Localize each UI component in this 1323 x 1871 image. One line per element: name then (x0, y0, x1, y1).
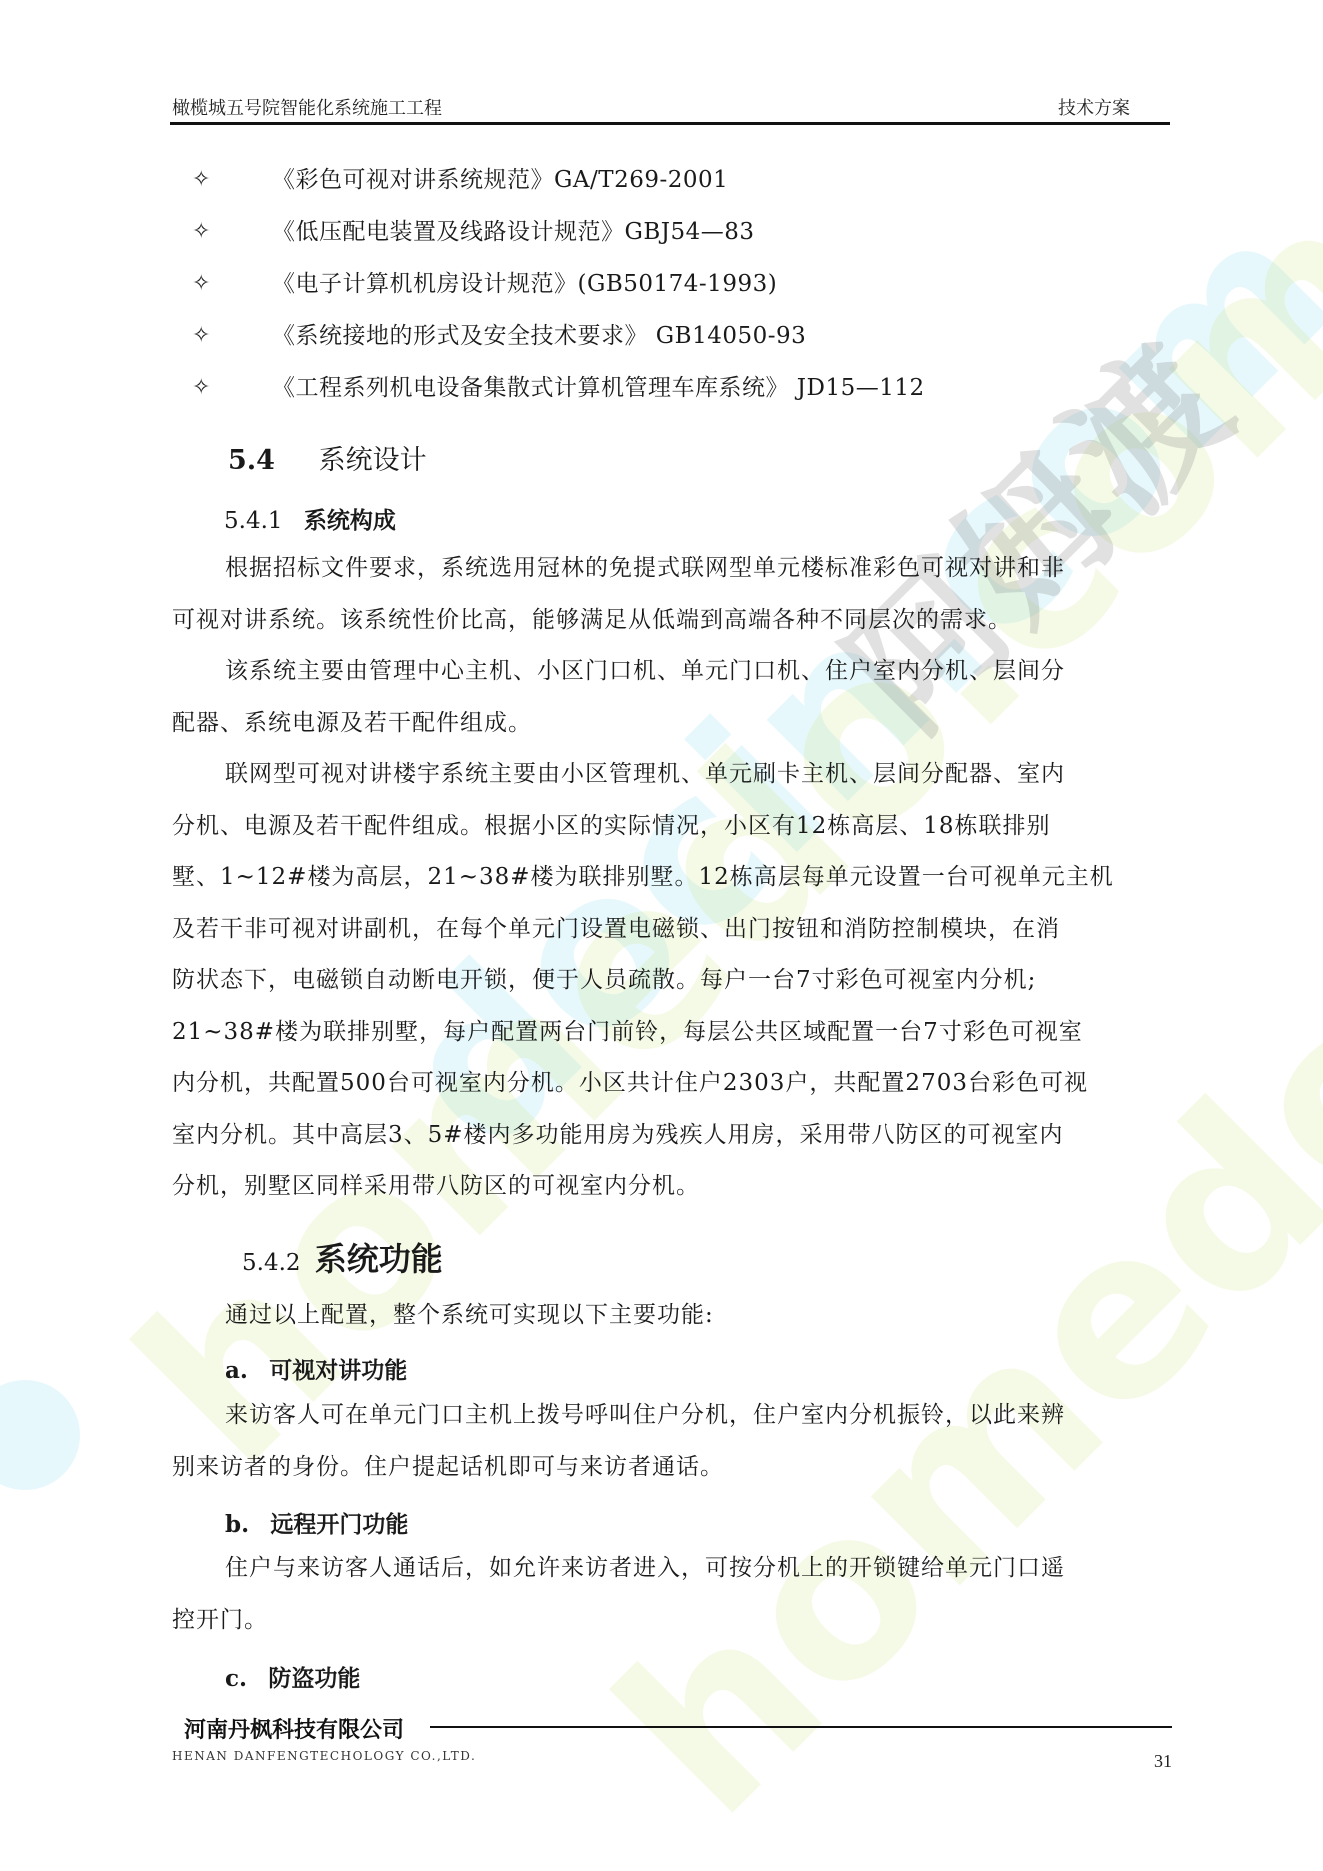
reference-item: ✧ 《彩色可视对讲系统规范》GA/T269-2001 (172, 155, 1172, 207)
diamond-bullet-icon: ✧ (192, 259, 210, 309)
function-title: 可视对讲功能 (269, 1358, 407, 1384)
diamond-bullet-icon: ✧ (192, 155, 210, 205)
paragraph-line: 控开门。 (172, 1595, 1166, 1647)
function-title: 远程开门功能 (270, 1512, 408, 1538)
page-number: 31 (1154, 1751, 1172, 1772)
reference-text: 《低压配电装置及线路设计规范》GBJ54—83 (272, 207, 755, 257)
company-name-english: HENAN DANFENGTECHOLOGY CO.,LTD. (172, 1749, 476, 1763)
function-letter: c. (225, 1665, 247, 1692)
function-title: 防盗功能 (268, 1666, 360, 1692)
function-heading-c: c. 防盗功能 (225, 1660, 360, 1693)
page-content: ✧ 《彩色可视对讲系统规范》GA/T269-2001 ✧ 《低压配电装置及线路设… (172, 155, 1172, 415)
paragraph-line: 墅、1~12#楼为高层，21~38#楼为联排别墅。12栋高层每单元设置一台可视单… (172, 852, 1166, 904)
paragraph: 根据招标文件要求，系统选用冠林的免提式联网型单元楼标准彩色可视对讲和非 可视对讲… (172, 543, 1166, 646)
footer-divider (430, 1726, 1172, 1728)
paragraph-line: 防状态下，电磁锁自动断电开锁，便于人员疏散。每户一台7寸彩色可视室内分机; (172, 955, 1166, 1007)
subsection-title: 系统构成 (304, 508, 396, 534)
reference-text: 《电子计算机机房设计规范》(GB50174-1993) (272, 259, 777, 309)
page-footer: 河南丹枫科技有限公司 HENAN DANFENGTECHOLOGY CO.,LT… (172, 1713, 1172, 1783)
reference-item: ✧ 《低压配电装置及线路设计规范》GBJ54—83 (172, 207, 1172, 259)
paragraph: 该系统主要由管理中心主机、小区门口机、单元门口机、住户室内分机、层间分 配器、系… (172, 646, 1166, 749)
diamond-bullet-icon: ✧ (192, 311, 210, 361)
paragraph-line: 该系统主要由管理中心主机、小区门口机、单元门口机、住户室内分机、层间分 (225, 658, 1065, 684)
intro-paragraph: 通过以上配置，整个系统可实现以下主要功能: (172, 1290, 1166, 1342)
section-heading: 5.4 系统设计 (228, 438, 427, 477)
function-letter: b. (225, 1511, 249, 1538)
function-letter: a. (225, 1357, 248, 1384)
paragraph-line: 可视对讲系统。该系统性价比高，能够满足从低端到高端各种不同层次的需求。 (172, 595, 1166, 647)
subsection-number: 5.4.1 (224, 508, 283, 534)
header-divider (170, 122, 1170, 125)
company-name: 河南丹枫科技有限公司 (184, 1713, 404, 1744)
paragraph: 来访客人可在单元门口主机上拨号呼叫住户分机，住户室内分机振铃，以此来辨 别来访者… (172, 1390, 1166, 1493)
paragraph-line: 别来访者的身份。住户提起话机即可与来访者通话。 (172, 1442, 1166, 1494)
reference-text: 《工程系列机电设备集散式计算机管理车库系统》 JD15—112 (272, 363, 925, 413)
paragraph: 联网型可视对讲楼宇系统主要由小区管理机、单元刷卡主机、层间分配器、室内 分机、电… (172, 749, 1166, 1213)
paragraph-line: 及若干非可视对讲副机，在每个单元门设置电磁锁、出门按钮和消防控制模块，在消 (172, 904, 1166, 956)
reference-text: 《彩色可视对讲系统规范》GA/T269-2001 (272, 155, 728, 205)
paragraph-line: 联网型可视对讲楼宇系统主要由小区管理机、单元刷卡主机、层间分配器、室内 (225, 761, 1065, 787)
function-heading-b: b. 远程开门功能 (225, 1506, 408, 1539)
paragraph-line: 通过以上配置，整个系统可实现以下主要功能: (225, 1302, 714, 1328)
reference-item: ✧ 《工程系列机电设备集散式计算机管理车库系统》 JD15—112 (172, 363, 1172, 415)
paragraph-line: 住户与来访客人通话后，如允许来访者进入，可按分机上的开锁键给单元门口遥 (225, 1555, 1065, 1581)
function-heading-a: a. 可视对讲功能 (225, 1352, 407, 1385)
document-type-label: 技术方案 (1058, 94, 1130, 120)
section-title: 系统设计 (319, 445, 427, 476)
subsection-title: 系统功能 (315, 1240, 443, 1278)
section-number: 5.4 (228, 445, 310, 476)
paragraph-line: 分机，别墅区同样采用带八防区的可视室内分机。 (172, 1161, 1166, 1213)
paragraph-line: 分机、电源及若干配件组成。根据小区的实际情况，小区有12栋高层、18栋联排别 (172, 801, 1166, 853)
paragraph-line: 室内分机。其中高层3、5#楼内多功能用房为残疾人用房，采用带八防区的可视室内 (172, 1110, 1166, 1162)
paragraph-line: 21~38#楼为联排别墅，每户配置两台门前铃，每层公共区域配置一台7寸彩色可视室 (172, 1007, 1166, 1059)
reference-list: ✧ 《彩色可视对讲系统规范》GA/T269-2001 ✧ 《低压配电装置及线路设… (172, 155, 1172, 415)
reference-text: 《系统接地的形式及安全技术要求》 GB14050-93 (272, 311, 806, 361)
diamond-bullet-icon: ✧ (192, 363, 210, 413)
subsection-number: 5.4.2 (242, 1250, 301, 1276)
reference-item: ✧ 《电子计算机机房设计规范》(GB50174-1993) (172, 259, 1172, 311)
paragraph: 住户与来访客人通话后，如允许来访者进入，可按分机上的开锁键给单元门口遥 控开门。 (172, 1543, 1166, 1646)
subsection-heading-2: 5.4.2 系统功能 (242, 1234, 443, 1280)
watermark-flower-icon (0, 1380, 80, 1490)
paragraph-line: 配器、系统电源及若干配件组成。 (172, 698, 1166, 750)
paragraph-line: 内分机，共配置500台可视室内分机。小区共计住户2303户，共配置2703台彩色… (172, 1058, 1166, 1110)
paragraph-line: 来访客人可在单元门口主机上拨号呼叫住户分机，住户室内分机振铃，以此来辨 (225, 1402, 1065, 1428)
document-title: 橄榄城五号院智能化系统施工工程 (172, 94, 442, 120)
page-header: 橄榄城五号院智能化系统施工工程 技术方案 (170, 92, 1170, 124)
subsection-heading-1: 5.4.1 系统构成 (224, 502, 396, 535)
reference-item: ✧ 《系统接地的形式及安全技术要求》 GB14050-93 (172, 311, 1172, 363)
diamond-bullet-icon: ✧ (192, 207, 210, 257)
paragraph-line: 根据招标文件要求，系统选用冠林的免提式联网型单元楼标准彩色可视对讲和非 (225, 555, 1065, 581)
